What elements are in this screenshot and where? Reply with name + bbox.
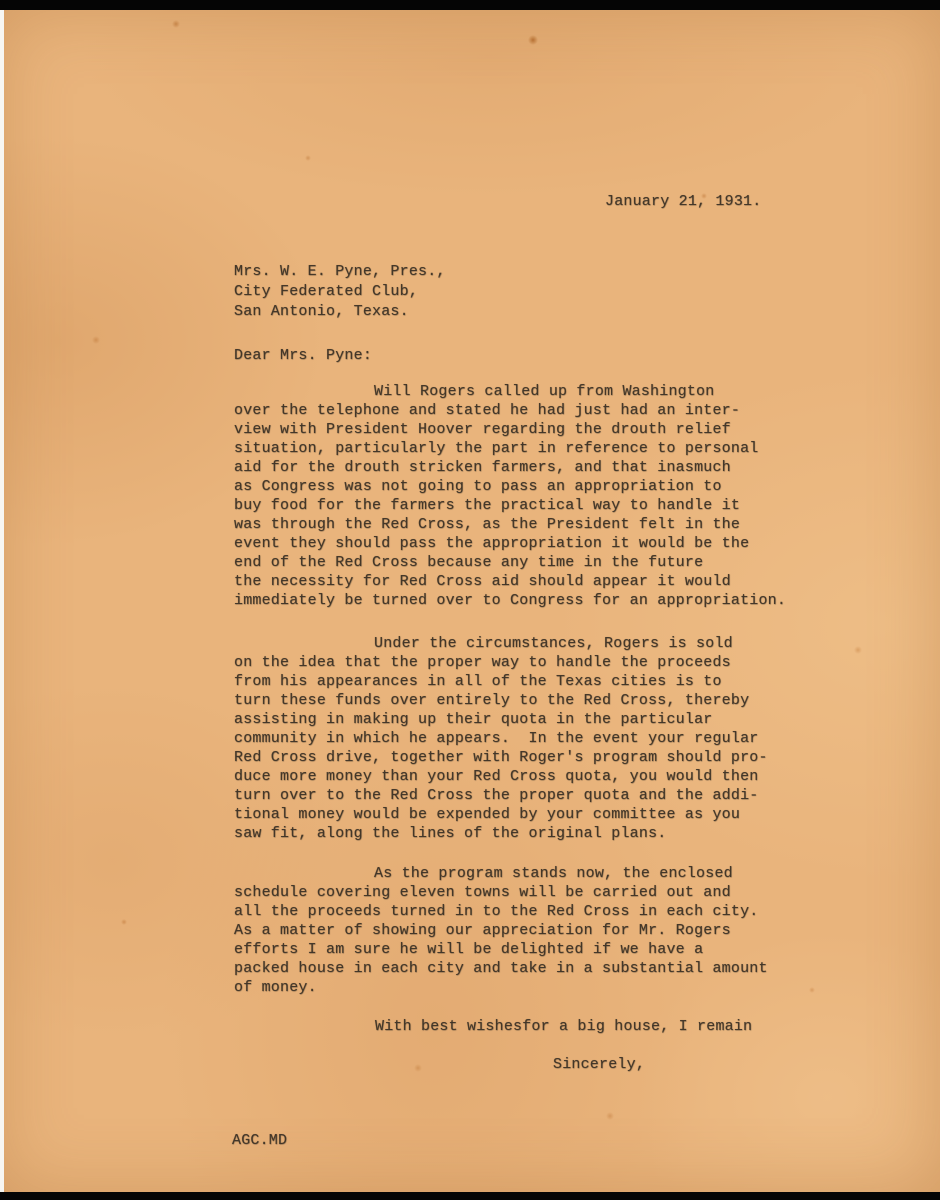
- scanned-letter-page: January 21, 1931. Mrs. W. E. Pyne, Pres.…: [0, 0, 940, 1200]
- closing-line: With best wishesfor a big house, I remai…: [375, 1017, 752, 1036]
- scan-edge-bottom: [0, 1192, 940, 1200]
- signoff: Sincerely,: [553, 1055, 645, 1074]
- scan-edge-top: [0, 0, 940, 10]
- paper-edge-highlight: [0, 10, 4, 1192]
- letter-paper: January 21, 1931. Mrs. W. E. Pyne, Pres.…: [0, 10, 940, 1192]
- letter-date: January 21, 1931.: [605, 192, 761, 211]
- recipient-address: Mrs. W. E. Pyne, Pres., City Federated C…: [234, 262, 446, 322]
- reference-initials: AGC.MD: [232, 1131, 287, 1150]
- body-paragraph-3: As the program stands now, the enclosed …: [234, 864, 768, 997]
- salutation: Dear Mrs. Pyne:: [234, 346, 372, 365]
- body-paragraph-2: Under the circumstances, Rogers is sold …: [234, 634, 768, 843]
- body-paragraph-1: Will Rogers called up from Washington ov…: [234, 382, 786, 610]
